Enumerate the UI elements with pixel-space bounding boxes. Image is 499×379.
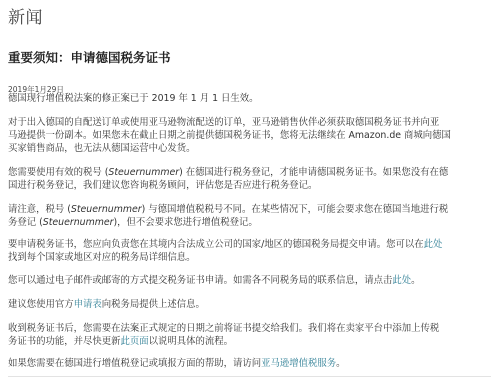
intro-text: 德国现行增值税法案的修正案已于 2019 年 1 月 1 日生效。: [8, 92, 492, 105]
tax-number-term: Steuernummer: [43, 217, 114, 228]
text-segment: 务登记 (: [8, 217, 43, 228]
text-segment: 您可以通过电子邮件或邮寄的方式提交税务证书申请。如需各不同税务局的联系信息，请点…: [8, 275, 392, 286]
text-segment: 如果您需要在德国进行增值税登记或填报方面的帮助，请访问: [8, 358, 261, 369]
amazon-vat-services-link[interactable]: 亚马逊增值税服务: [261, 358, 336, 369]
paragraph-line: 建议您使用官方申请表向税务局提供上述信息。: [8, 298, 492, 311]
text-segment: 建议您使用官方: [8, 299, 74, 310]
tax-number-term: Steuernummer: [71, 204, 142, 215]
text-segment: 以说明具体的流程。: [149, 336, 233, 347]
tax-number-term: Steuernummer: [108, 167, 179, 178]
text-segment: 向税务局提供上述信息。: [102, 299, 205, 310]
paragraph-line: 收到税务证书后，您需要在法案正式规定的日期之前将证书提交给我们。我们将在卖家平台…: [8, 322, 492, 335]
paragraph-line: 务证书的功能，并尽快更新此页面以说明具体的流程。: [8, 335, 492, 348]
this-page-link[interactable]: 此页面: [121, 336, 149, 347]
paragraph-form: 建议您使用官方申请表向税务局提供上述信息。: [8, 298, 492, 311]
paragraph-line: 请注意，税号 (Steuernummer) 与德国增值税税号不同。在某些情况下，…: [8, 203, 492, 216]
paragraph-apply: 要申请税务证书，您应向负责您在其境内合法成立公司的国家/地区的德国税务局提交申请…: [8, 238, 492, 264]
paragraph-after-receipt: 收到税务证书后，您需要在法案正式规定的日期之前将证书提交给我们。我们将在卖家平台…: [8, 322, 492, 348]
section-title: 新闻: [8, 3, 43, 28]
text-segment: 。: [336, 358, 345, 369]
text-segment: 务证书的功能，并尽快更新: [8, 336, 121, 347]
intro-paragraph: 德国现行增值税法案的修正案已于 2019 年 1 月 1 日生效。: [8, 92, 492, 105]
here-link-contact-info[interactable]: 此处: [392, 275, 411, 286]
paragraph-line: 国进行税务登记，我们建议您咨询税务顾问，评估您是否应进行税务登记。: [8, 179, 492, 192]
paragraph-tax-registration: 您需要使用有效的税号 (Steuernummer) 在德国进行税务登记，才能申请…: [8, 166, 492, 192]
text-segment: 。: [411, 275, 420, 286]
paragraph-note: 请注意，税号 (Steuernummer) 与德国增值税税号不同。在某些情况下，…: [8, 203, 492, 229]
paragraph-line: 如果您需要在德国进行增值税登记或填报方面的帮助，请访问亚马逊增值税服务。: [8, 357, 492, 370]
text-segment: 您需要使用有效的税号 (: [8, 167, 108, 178]
bottom-divider: [8, 376, 491, 377]
application-form-link[interactable]: 申请表: [74, 299, 102, 310]
text-segment: ) 在德国进行税务登记，才能申请德国税务证书。如果您没有在德: [179, 167, 448, 178]
paragraph-line: 您需要使用有效的税号 (Steuernummer) 在德国进行税务登记，才能申请…: [8, 166, 492, 179]
text-segment: 请注意，税号 (: [8, 204, 71, 215]
paragraph-submit: 您可以通过电子邮件或邮寄的方式提交税务证书申请。如需各不同税务局的联系信息，请点…: [8, 274, 492, 287]
text-segment: )，但不会要求您进行增值税登记。: [114, 217, 258, 228]
paragraph-line: 找到每个国家或地区对应的税务局详细信息。: [8, 251, 492, 264]
paragraph-line: 您可以通过电子邮件或邮寄的方式提交税务证书申请。如需各不同税务局的联系信息，请点…: [8, 274, 492, 287]
article-title: 重要须知：申请德国税务证书: [8, 48, 171, 66]
here-link-tax-offices[interactable]: 此处: [424, 239, 443, 250]
paragraph-line: 马逊提供一份副本。如果您未在截止日期之前提供德国税务证书，您将无法继续在 Ama…: [8, 129, 492, 142]
paragraph-requirement: 对于出入德国的自配送订单或使用亚马逊物流配送的订单，亚马逊销售伙伴必须获取德国税…: [8, 116, 492, 155]
paragraph-line: 务登记 (Steuernummer)，但不会要求您进行增值税登记。: [8, 216, 492, 229]
paragraph-line: 对于出入德国的自配送订单或使用亚马逊物流配送的订单，亚马逊销售伙伴必须获取德国税…: [8, 116, 492, 129]
text-segment: 要申请税务证书，您应向负责您在其境内合法成立公司的国家/地区的德国税务局提交申请…: [8, 239, 424, 250]
paragraph-line: 买家销售商品，也无法从德国运营中心发货。: [8, 142, 492, 155]
text-segment: ) 与德国增值税税号不同。在某些情况下，可能会要求您在德国当地进行税: [142, 204, 449, 215]
paragraph-help: 如果您需要在德国进行增值税登记或填报方面的帮助，请访问亚马逊增值税服务。: [8, 357, 492, 370]
paragraph-line: 要申请税务证书，您应向负责您在其境内合法成立公司的国家/地区的德国税务局提交申请…: [8, 238, 492, 251]
